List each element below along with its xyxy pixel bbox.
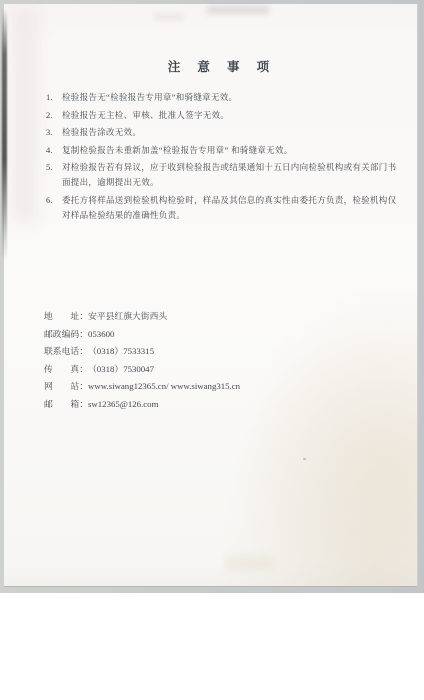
page-title: 注 意 事 项 <box>44 57 400 75</box>
contact-label: 邮 箱： <box>44 396 88 414</box>
note-text: 委托方将样品送到检验机构检验时，样品及其信息的真实性由委托方负责，检验机构仅对样… <box>62 193 402 223</box>
note-number: 6. <box>46 193 62 223</box>
note-item: 1. 检验报告无“检验报告专用章”和骑缝章无效。 <box>46 90 402 105</box>
contact-row-email: 邮 箱： sw12365@126.com <box>44 396 404 414</box>
note-number: 2. <box>46 108 62 123</box>
contact-value: www.siwang12365.cn/ www.siwang315.cn <box>88 378 240 396</box>
note-text: 检验报告涂改无效。 <box>62 125 402 140</box>
note-number: 3. <box>46 125 62 140</box>
note-item: 4. 复制检验报告未重新加盖“检验报告专用章” 和骑缝章无效。 <box>46 143 402 158</box>
contact-label: 地 址： <box>44 308 88 326</box>
contact-row-postcode: 邮政编码： 053600 <box>44 326 404 344</box>
contact-label: 联系电话： <box>44 343 88 361</box>
note-item: 6. 委托方将样品送到检验机构检验时，样品及其信息的真实性由委托方负责，检验机构… <box>46 193 402 223</box>
note-number: 5. <box>46 160 62 190</box>
contact-value: 053600 <box>88 326 114 344</box>
contact-row-fax: 传 真： （0318）7530047 <box>44 361 404 379</box>
contact-value: 安平县红旗大街西头 <box>88 308 167 326</box>
contact-block: 地 址： 安平县红旗大街西头 邮政编码： 053600 联系电话： （0318）… <box>44 308 404 413</box>
contact-value: sw12365@126.com <box>88 396 158 414</box>
contact-row-phone: 联系电话： （0318）7533315 <box>44 343 404 361</box>
scan-smudge-artifact <box>226 556 272 570</box>
contact-label: 传 真： <box>44 361 88 379</box>
scan-spine-shadow <box>2 10 7 260</box>
note-text: 对检验报告若有异议，应于收到检验报告或结果通知十五日内向检验机构或有关部门书面提… <box>62 160 402 190</box>
contact-row-website: 网 站： www.siwang12365.cn/ www.siwang315.c… <box>44 378 404 396</box>
note-text: 检验报告无“检验报告专用章”和骑缝章无效。 <box>62 90 402 105</box>
notes-list: 1. 检验报告无“检验报告专用章”和骑缝章无效。 2. 检验报告无主检、审核、批… <box>46 90 402 225</box>
note-number: 1. <box>46 90 62 105</box>
contact-value: （0318）7530047 <box>88 361 154 379</box>
contact-label: 邮政编码： <box>44 326 88 344</box>
scan-tint-artifact <box>12 8 38 223</box>
contact-label: 网 站： <box>44 378 88 396</box>
scan-smudge-artifact <box>154 14 184 20</box>
note-text: 复制检验报告未重新加盖“检验报告专用章” 和骑缝章无效。 <box>62 143 402 158</box>
note-item: 5. 对检验报告若有异议，应于收到检验报告或结果通知十五日内向检验机构或有关部门… <box>46 160 402 190</box>
note-number: 4. <box>46 143 62 158</box>
note-item: 2. 检验报告无主检、审核、批准人签字无效。 <box>46 108 402 123</box>
scan-smudge-artifact <box>207 6 269 14</box>
contact-row-address: 地 址： 安平县红旗大街西头 <box>44 308 404 326</box>
note-text: 检验报告无主检、审核、批准人签字无效。 <box>62 108 402 123</box>
contact-value: （0318）7533315 <box>88 343 154 361</box>
note-item: 3. 检验报告涂改无效。 <box>46 125 402 140</box>
scan-dot-artifact <box>303 458 306 460</box>
